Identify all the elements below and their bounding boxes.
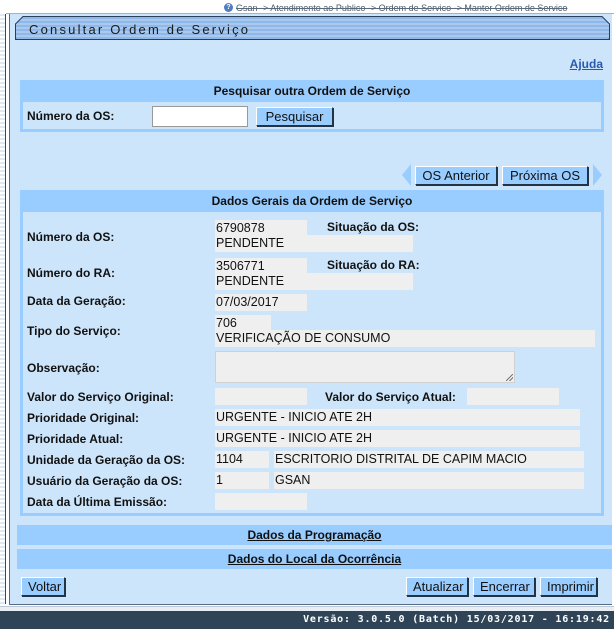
next-arrow-icon[interactable] <box>593 164 602 186</box>
tipo-servico-code: 706 <box>215 315 271 330</box>
search-os-input[interactable] <box>152 106 248 127</box>
observacao-textarea[interactable] <box>215 351 515 383</box>
help-link[interactable]: Ajuda <box>570 57 603 71</box>
next-os-button[interactable]: Próxima OS <box>502 166 588 185</box>
general-section-header: Dados Gerais da Ordem de Serviço <box>23 193 601 212</box>
breadcrumb: ? Gsan -> Atendimento ao Publico -> Orde… <box>224 2 614 13</box>
usuario-code: 1 <box>215 472 269 489</box>
usuario-desc: GSAN <box>274 472 584 489</box>
atualizar-button[interactable]: Atualizar <box>406 577 468 596</box>
prioridade-original-label: Prioridade Original: <box>27 411 139 425</box>
situacao-ra-value: PENDENTE <box>215 273 413 290</box>
numero-os-label: Número da OS: <box>27 230 114 244</box>
usuario-label: Usuário da Geração da OS: <box>27 474 182 488</box>
version-text: Versão: 3.0.5.0 (Batch) 15/03/2017 - 16:… <box>303 614 610 625</box>
title-bar: Consultar Ordem de Serviço <box>15 16 610 40</box>
dados-local-ocorrencia-bar: Dados do Local da Ocorrência <box>17 549 612 569</box>
prioridade-atual-value: URGENTE - INICIO ATE 2H <box>215 430 580 447</box>
page-title: Consultar Ordem de Serviço <box>29 22 250 37</box>
previous-os-button[interactable]: OS Anterior <box>415 166 497 185</box>
valor-original-label: Valor do Serviço Original: <box>27 390 174 404</box>
imprimir-button[interactable]: Imprimir <box>540 577 597 596</box>
general-data-section: Dados Gerais da Ordem de Serviço Número … <box>20 190 604 516</box>
encerrar-button[interactable]: Encerrar <box>473 577 535 596</box>
search-row: Número da OS: Pesquisar <box>23 102 601 129</box>
tipo-servico-label: Tipo do Serviço: <box>27 324 121 338</box>
observacao-label: Observação: <box>27 361 100 375</box>
tipo-servico-desc: VERIFICAÇÃO DE CONSUMO <box>215 330 595 347</box>
previous-arrow-icon[interactable] <box>402 164 411 186</box>
situacao-os-value: PENDENTE <box>215 235 413 252</box>
search-section: Pesquisar outra Ordem de Serviço Número … <box>20 80 604 132</box>
valor-original-value <box>215 388 307 405</box>
unidade-code: 1104 <box>215 451 269 468</box>
dados-local-ocorrencia-link[interactable]: Dados do Local da Ocorrência <box>228 552 401 566</box>
unidade-label: Unidade da Geração da OS: <box>27 453 185 467</box>
help-icon[interactable]: ? <box>224 3 233 12</box>
data-geracao-value: 07/03/2017 <box>215 294 307 311</box>
search-section-header: Pesquisar outra Ordem de Serviço <box>23 83 601 102</box>
dados-programacao-bar: Dados da Programação <box>17 525 612 545</box>
numero-ra-label: Número do RA: <box>27 266 115 280</box>
left-sidebar-strip <box>0 14 6 604</box>
search-os-label: Número da OS: <box>27 109 114 123</box>
situacao-ra-label: Situação do RA: <box>327 258 420 272</box>
unidade-desc: ESCRITORIO DISTRITAL DE CAPIM MACIO <box>274 451 584 468</box>
ultima-emissao-label: Data da Última Emissão: <box>27 495 167 509</box>
prioridade-atual-label: Prioridade Atual: <box>27 432 123 446</box>
numero-os-value: 6790878 <box>215 220 307 235</box>
search-button[interactable]: Pesquisar <box>256 107 333 126</box>
breadcrumb-text[interactable]: Gsan -> Atendimento ao Publico -> Ordem … <box>236 3 567 13</box>
prioridade-original-value: URGENTE - INICIO ATE 2H <box>215 409 580 426</box>
resize-grip-icon[interactable] <box>506 374 513 381</box>
situacao-os-label: Situação da OS: <box>327 220 419 234</box>
valor-atual-label: Valor do Serviço Atual: <box>325 390 456 404</box>
dados-programacao-link[interactable]: Dados da Programação <box>247 528 381 542</box>
numero-ra-value: 3506771 <box>215 258 307 273</box>
valor-atual-value <box>467 388 559 405</box>
footer-bar: Versão: 3.0.5.0 (Batch) 15/03/2017 - 16:… <box>0 611 614 629</box>
ultima-emissao-value <box>215 493 307 510</box>
voltar-button[interactable]: Voltar <box>21 577 65 596</box>
data-geracao-label: Data da Geração: <box>27 294 126 308</box>
main-panel: Consultar Ordem de Serviço Ajuda Pesquis… <box>9 14 614 605</box>
